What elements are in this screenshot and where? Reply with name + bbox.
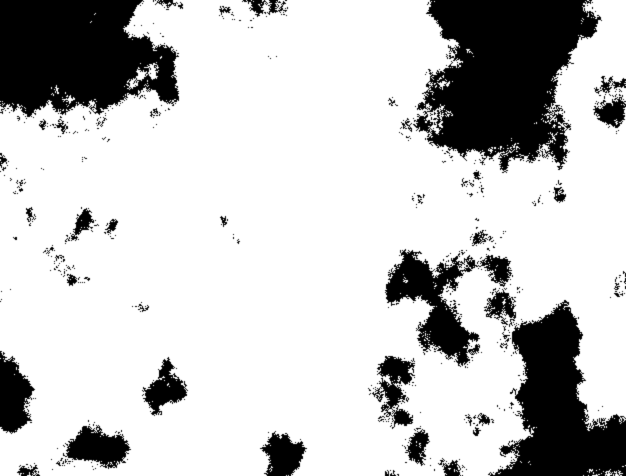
grunge-texture-image (0, 0, 626, 476)
grunge-texture-canvas (0, 0, 626, 476)
